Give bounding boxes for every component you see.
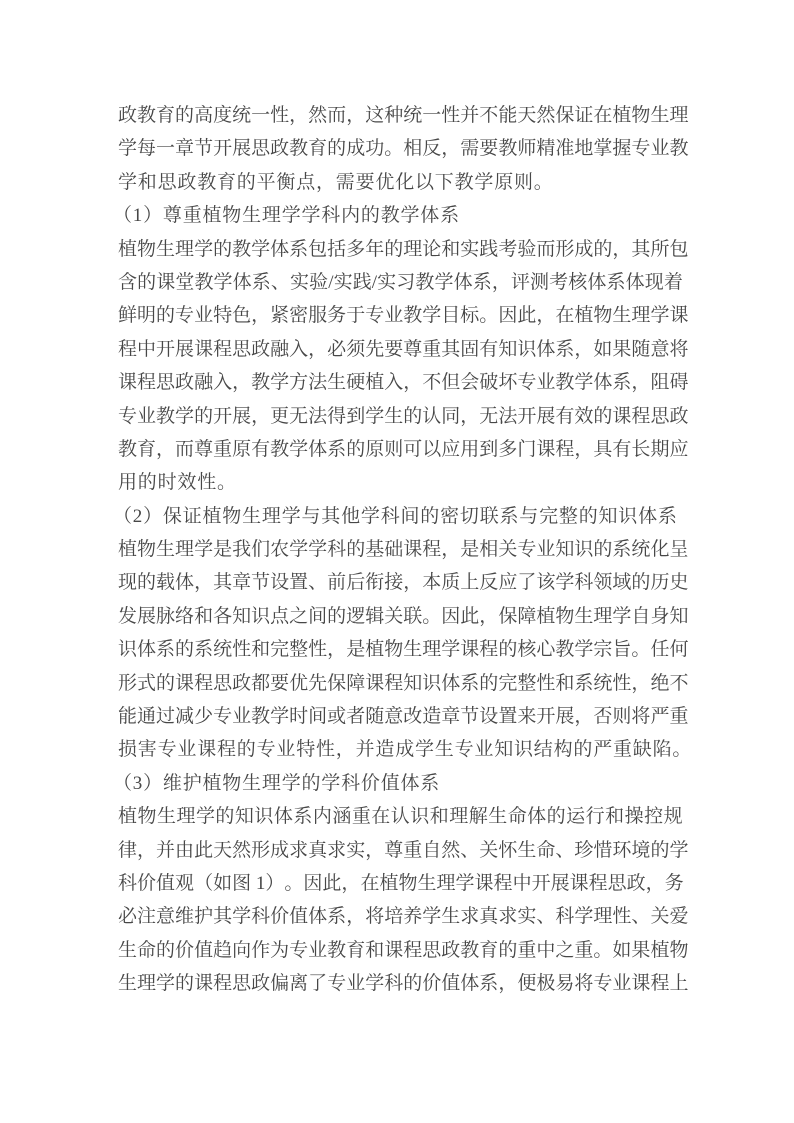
text-line: 生命的价值趋向作为专业教育和课程思政教育的重中之重。如果植物 [118, 934, 683, 967]
text-line: 形式的课程思政都要优先保障课程知识体系的完整性和系统性，绝不 [118, 667, 683, 700]
text-line: 用的时效性。 [118, 466, 683, 499]
text-line: 科价值观（如图 1）。因此，在植物生理学课程中开展课程思政，务 [118, 867, 683, 900]
text-line: 损害专业课程的专业特性，并造成学生专业知识结构的严重缺陷。 [118, 733, 683, 766]
text-line: 程中开展课程思政融入，必须先要尊重其固有知识体系，如果随意将 [118, 333, 683, 366]
text-line: 含的课堂教学体系、实验/实践/实习教学体系，评测考核体系体现着 [118, 266, 683, 299]
text-line: 现的载体，其章节设置、前后衔接，本质上反应了该学科领域的历史 [118, 566, 683, 599]
text-line: 能通过减少专业教学时间或者随意改造章节设置来开展，否则将严重 [118, 700, 683, 733]
text-line: 植物生理学是我们农学学科的基础课程，是相关专业知识的系统化呈 [118, 533, 683, 566]
text-block: 政教育的高度统一性，然而，这种统一性并不能天然保证在植物生理学每一章节开展思政教… [118, 99, 683, 1001]
text-line: 鲜明的专业特色，紧密服务于专业教学目标。因此，在植物生理学课 [118, 299, 683, 332]
text-line: 专业教学的开展，更无法得到学生的认同，无法开展有效的课程思政 [118, 400, 683, 433]
text-line: 必注意维护其学科价值体系，将培养学生求真求实、科学理性、关爱 [118, 900, 683, 933]
text-line: 律，并由此天然形成求真求实，尊重自然、关怀生命、珍惜环境的学 [118, 834, 683, 867]
document-page: 政教育的高度统一性，然而，这种统一性并不能天然保证在植物生理学每一章节开展思政教… [0, 0, 794, 1123]
text-line: 发展脉络和各知识点之间的逻辑关联。因此，保障植物生理学自身知 [118, 600, 683, 633]
text-line: 教育，而尊重原有教学体系的原则可以应用到多门课程，具有长期应 [118, 433, 683, 466]
section-heading: （1）尊重植物生理学学科内的教学体系 [113, 199, 683, 232]
text-line: 生理学的课程思政偏离了专业学科的价值体系，便极易将专业课程上 [118, 967, 683, 1000]
section-heading: （3）维护植物生理学的学科价值体系 [113, 767, 683, 800]
text-line: 学每一章节开展思政教育的成功。相反，需要教师精准地掌握专业教 [118, 132, 683, 165]
text-line: 植物生理学的教学体系包括多年的理论和实践考验而形成的，其所包 [118, 233, 683, 266]
text-line: 识体系的系统性和完整性，是植物生理学课程的核心教学宗旨。任何 [118, 633, 683, 666]
text-line: 课程思政融入，教学方法生硬植入，不但会破坏专业教学体系，阻碍 [118, 366, 683, 399]
text-line: 植物生理学的知识体系内涵重在认识和理解生命体的运行和操控规 [118, 800, 683, 833]
text-line: 政教育的高度统一性，然而，这种统一性并不能天然保证在植物生理 [118, 99, 683, 132]
section-heading: （2）保证植物生理学与其他学科间的密切联系与完整的知识体系 [113, 500, 683, 533]
text-line: 学和思政教育的平衡点，需要优化以下教学原则。 [118, 166, 683, 199]
